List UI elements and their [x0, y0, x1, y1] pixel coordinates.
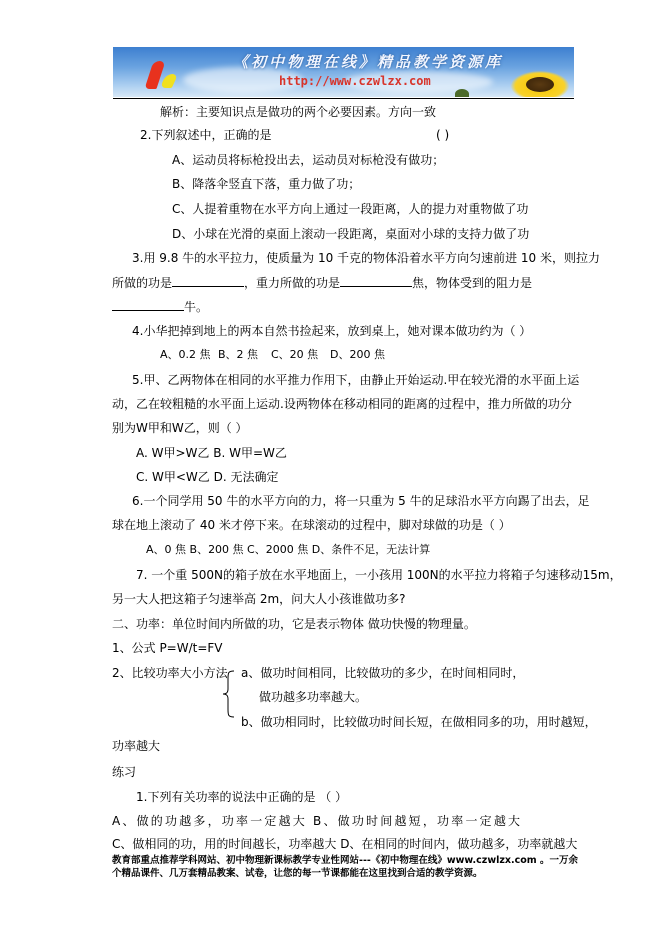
q6-options: A、0 焦 B、200 焦 C、2000 焦 D、条件不足，无法计算: [146, 542, 430, 558]
q4-option-a: A、0.2 焦: [160, 347, 211, 363]
q3-line1: 3.用 9.8 牛的水平拉力，使质量为 10 千克的物体沿着水平方向匀速前进 1…: [132, 250, 600, 266]
q3-line3: 牛。: [112, 298, 208, 315]
method-b-line2: 功率越大: [112, 738, 160, 754]
method-a-line2: 做功越多功率越大。: [259, 689, 367, 705]
practice-q1-options-row1: A、做的功越多，功率一定越大 B、做功时间越短，功率一定越大: [112, 813, 572, 829]
leaf-decoration: [455, 89, 469, 97]
q2-option-a: A、运动员将标枪投出去，运动员对标枪没有做功；: [172, 152, 444, 168]
q7-line2: 另一大人把这箱子匀速举高 2m，问大人小孩谁做功多?: [112, 591, 406, 607]
q5-options-row2: C. W甲<W乙 D. 无法确定: [136, 469, 278, 485]
q5-options-row1: A. W甲>W乙 B. W甲=W乙: [136, 445, 287, 461]
compare-methods-label: 2、比较功率大小方法: [112, 665, 228, 681]
q7-line1: 7. 一个重 500N的箱子放在水平地面上，一小孩用 100N的水平拉力将箱子匀…: [136, 567, 622, 583]
q4-option-d: D、200 焦: [330, 347, 385, 363]
q3-line2-a: 所做的功是: [112, 276, 172, 290]
q6-line1: 6.一个同学用 50 牛的水平方向的力，将一只重为 5 牛的足球沿水平方向踢了出…: [132, 493, 590, 509]
q3-blank-gravity-work[interactable]: [340, 274, 412, 287]
q5-line3: 别为W甲和W乙，则（ ）: [112, 420, 248, 436]
footer-line2: 个精品课件、几万套精品教案、试卷，让您的每一节课都能在这里找到合适的教学资源。: [112, 867, 483, 880]
q3-line3-end: 牛。: [184, 300, 208, 314]
q3-line2-b: ，重力所做的功是: [244, 276, 340, 290]
q2-option-b: B、降落伞竖直下落，重力做了功；: [172, 176, 360, 192]
practice-q1-stem: 1.下列有关功率的说法中正确的是 （ ）: [136, 789, 347, 805]
q2-stem: 2.下列叙述中，正确的是: [140, 127, 271, 143]
power-formula: 1、公式 P=W/t=FV: [112, 640, 223, 656]
q5-line2: 动，乙在较粗糙的水平面上运动.设两物体在移动相同的距离的过程中，推力所做的功分: [112, 396, 572, 412]
method-a-line1: a、做功时间相同，比较做功的多少，在时间相同时，: [241, 665, 524, 681]
curly-brace-icon: [222, 669, 236, 719]
q2-option-c: C、人提着重物在水平方向上通过一段距离，人的提力对重物做了功: [172, 201, 528, 217]
q5-line1: 5.甲、乙两物体在相同的水平推力作用下，由静止开始运动.甲在较光滑的水平面上运: [132, 372, 579, 388]
header-banner: 《初中物理在线》精品教学资源库 http://www.czwlzx.com: [113, 47, 574, 97]
q2-answer-paren: ( ): [436, 127, 449, 143]
q6-line2: 球在地上滚动了 40 米才停下来。在球滚动的过程中，脚对球做的功是（ ）: [112, 517, 511, 533]
document-page: 《初中物理在线》精品教学资源库 http://www.czwlzx.com 解析…: [0, 0, 661, 936]
banner-url: http://www.czwlzx.com: [279, 74, 431, 88]
sunflower-image: [511, 71, 569, 97]
header-divider: [113, 98, 574, 99]
q4-stem: 4.小华把掉到地上的两本自然书捡起来，放到桌上，她对课本做功约为（ ）: [132, 323, 531, 339]
method-b-line1: b、做功相同时，比较做功时间长短，在做相同多的功，用时越短，: [241, 714, 597, 730]
q3-line2: 所做的功是，重力所做的功是焦，物体受到的阻力是: [112, 274, 532, 291]
practice-q1-options-row2: C、做相同的功，用的时间越长，功率越大 D、在相同的时间内，做功越多，功率就越大: [112, 836, 577, 852]
q4-option-c: C、20 焦: [271, 347, 318, 363]
sunflower-center: [526, 77, 554, 92]
q3-blank-resistance[interactable]: [112, 298, 184, 311]
logo-accent-icon: [160, 74, 179, 88]
analysis-text: 解析：主要知识点是做功的两个必要因素。方向一致: [160, 104, 436, 120]
q2-option-d: D、小球在光滑的桌面上滚动一段距离，桌面对小球的支持力做了功: [172, 226, 529, 242]
section2-title: 二、功率：单位时间内所做的功，它是表示物体 做功快慢的物理量。: [112, 616, 476, 632]
banner-title: 《初中物理在线》精品教学资源库: [233, 51, 503, 72]
q3-blank-work[interactable]: [172, 274, 244, 287]
practice-title: 练习: [112, 764, 136, 780]
footer-line1: 教育部重点推荐学科网站、初中物理新课标教学专业性网站---《初中物理在线》www…: [112, 854, 578, 867]
q3-line2-c: 焦，物体受到的阻力是: [412, 276, 532, 290]
q4-option-b: B、2 焦: [218, 347, 258, 363]
